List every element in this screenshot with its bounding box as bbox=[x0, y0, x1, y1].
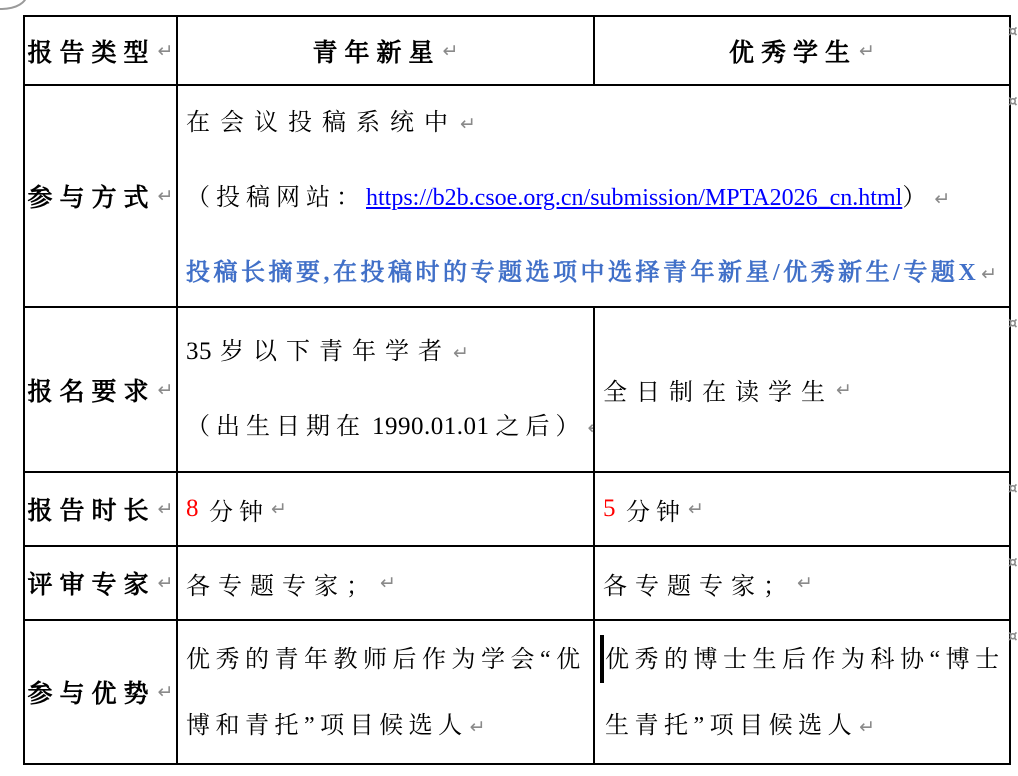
paragraph-mark: ↵ bbox=[859, 40, 875, 62]
age-limit-number: 35 bbox=[186, 338, 212, 365]
advantages-young-line-1: 优秀的青年教师后作为学会“优 bbox=[186, 627, 593, 693]
age-limit-text: 岁以下青年学者 bbox=[220, 339, 451, 365]
cell-judges-young: 各专题专家；↵ bbox=[178, 547, 595, 621]
advantages-student-text-2: 生青托”项目候选人 bbox=[605, 713, 857, 739]
birthdate-number: 1990.01.01 bbox=[372, 413, 490, 440]
end-of-row-mark: ¤ bbox=[1008, 314, 1018, 332]
participation-site-open: （投稿网站： bbox=[186, 185, 366, 211]
duration-label: 报告时长 bbox=[28, 491, 156, 527]
requirements-young-line-1: 35岁以下青年学者↵ bbox=[186, 315, 593, 390]
paragraph-mark: ↵ bbox=[836, 379, 852, 401]
paragraph-mark: ↵ bbox=[158, 379, 174, 401]
cell-judges-label: 评审专家↵ bbox=[25, 547, 178, 621]
cell-participation-label: 参与方式↵ bbox=[25, 86, 178, 308]
paragraph-mark: ↵ bbox=[158, 40, 174, 62]
duration-young-unit: 分钟 bbox=[209, 492, 269, 527]
text-cursor-caret bbox=[600, 635, 604, 683]
cell-participation-content: 在会议投稿系统中↵ （投稿网站：https://b2b.csoe.org.cn/… bbox=[178, 86, 1009, 308]
requirements-label: 报名要求 bbox=[28, 372, 156, 408]
paragraph-mark: ↵ bbox=[443, 40, 459, 62]
cell-header-young: 青年新星↵ bbox=[178, 17, 595, 86]
end-of-row-mark: ¤ bbox=[1008, 479, 1018, 497]
judges-student-text: 各专题专家； bbox=[603, 566, 795, 601]
paragraph-mark: ↵ bbox=[859, 716, 875, 738]
paragraph-mark: ↵ bbox=[588, 417, 596, 439]
participation-text-1: 在会议投稿系统中 bbox=[186, 110, 458, 136]
participation-line-3: 投稿长摘要,在投稿时的专题选项中选择青年新星/优秀新生/专题X↵ bbox=[186, 236, 1009, 308]
cell-requirements-label: 报名要求↵ bbox=[25, 308, 178, 473]
paragraph-mark: ↵ bbox=[460, 113, 476, 135]
corner-ellipse-shape bbox=[0, 0, 28, 10]
paragraph-mark: ↵ bbox=[271, 498, 287, 520]
advantages-young-text-1: 优秀的青年教师后作为学会“优 bbox=[186, 647, 586, 673]
cell-duration-label: 报告时长↵ bbox=[25, 473, 178, 547]
report-types-table: 报告类型↵ 青年新星↵ 优秀学生↵ 参与方式↵ 在会议投稿系统中↵ （投稿网站：… bbox=[23, 15, 1011, 765]
end-of-row-mark: ¤ bbox=[1008, 22, 1018, 40]
cell-advantages-young: 优秀的青年教师后作为学会“优 博和青托”项目候选人↵ bbox=[178, 621, 595, 763]
cell-header-row-label: 报告类型↵ bbox=[25, 17, 178, 86]
paragraph-mark: ↵ bbox=[981, 263, 997, 285]
header-row-label: 报告类型 bbox=[28, 33, 156, 69]
paragraph-mark: ↵ bbox=[158, 185, 174, 207]
advantages-label: 参与优势 bbox=[28, 674, 156, 710]
advantages-young-line-2: 博和青托”项目候选人↵ bbox=[186, 693, 593, 760]
advantages-student-line-1: 优秀的博士生后作为科协“博士 bbox=[605, 627, 1009, 693]
participation-instruction-text: 投稿长摘要,在投稿时的专题选项中选择青年新星/优秀新生/专题X bbox=[186, 260, 979, 286]
participation-site-close: ） bbox=[902, 185, 932, 211]
cell-advantages-label: 参与优势↵ bbox=[25, 621, 178, 763]
paragraph-mark: ↵ bbox=[453, 342, 469, 364]
participation-label: 参与方式 bbox=[28, 178, 156, 214]
student-requirement-text: 全日制在读学生 bbox=[603, 372, 834, 407]
duration-student-unit: 分钟 bbox=[626, 492, 686, 527]
paragraph-mark: ↵ bbox=[158, 572, 174, 594]
end-of-row-mark: ¤ bbox=[1008, 627, 1018, 645]
participation-line-2: （投稿网站：https://b2b.csoe.org.cn/submission… bbox=[186, 161, 1009, 236]
end-of-row-mark: ¤ bbox=[1008, 92, 1018, 110]
paragraph-mark: ↵ bbox=[934, 188, 950, 210]
cell-header-student: 优秀学生↵ bbox=[595, 17, 1009, 86]
birthdate-open: （出生日期在 bbox=[186, 414, 366, 440]
paragraph-mark: ↵ bbox=[158, 498, 174, 520]
paragraph-mark: ↵ bbox=[380, 572, 396, 594]
duration-student-number: 5 bbox=[603, 495, 616, 523]
end-of-row-mark: ¤ bbox=[1008, 553, 1018, 571]
paragraph-mark: ↵ bbox=[158, 681, 174, 703]
cell-judges-student: 各专题专家；↵ bbox=[595, 547, 1009, 621]
cell-requirements-young: 35岁以下青年学者↵ （出生日期在1990.01.01之后）↵ bbox=[178, 308, 595, 473]
duration-young-number: 8 bbox=[186, 495, 199, 523]
advantages-young-text-2: 博和青托”项目候选人 bbox=[186, 713, 468, 739]
participation-line-1: 在会议投稿系统中↵ bbox=[186, 86, 1009, 161]
header-young-label: 青年新星 bbox=[313, 33, 441, 69]
cell-requirements-student: 全日制在读学生↵ bbox=[595, 308, 1009, 473]
paragraph-mark: ↵ bbox=[470, 716, 486, 738]
advantages-student-text-1: 优秀的博士生后作为科协“博士 bbox=[605, 647, 1005, 673]
cell-advantages-student[interactable]: 优秀的博士生后作为科协“博士 生青托”项目候选人↵ bbox=[595, 621, 1009, 763]
word-document-page: 报告类型↵ 青年新星↵ 优秀学生↵ 参与方式↵ 在会议投稿系统中↵ （投稿网站：… bbox=[0, 0, 1018, 776]
judges-young-text: 各专题专家； bbox=[186, 566, 378, 601]
birthdate-close: 之后） bbox=[496, 414, 586, 440]
submission-url-link[interactable]: https://b2b.csoe.org.cn/submission/MPTA2… bbox=[366, 185, 902, 211]
requirements-young-line-2: （出生日期在1990.01.01之后）↵ bbox=[186, 390, 593, 465]
paragraph-mark: ↵ bbox=[688, 498, 704, 520]
header-student-label: 优秀学生 bbox=[729, 33, 857, 69]
paragraph-mark: ↵ bbox=[797, 572, 813, 594]
cell-duration-young: 8分钟↵ bbox=[178, 473, 595, 547]
advantages-student-line-2: 生青托”项目候选人↵ bbox=[605, 693, 1009, 760]
cell-duration-student: 5分钟↵ bbox=[595, 473, 1009, 547]
judges-label: 评审专家 bbox=[28, 565, 156, 601]
